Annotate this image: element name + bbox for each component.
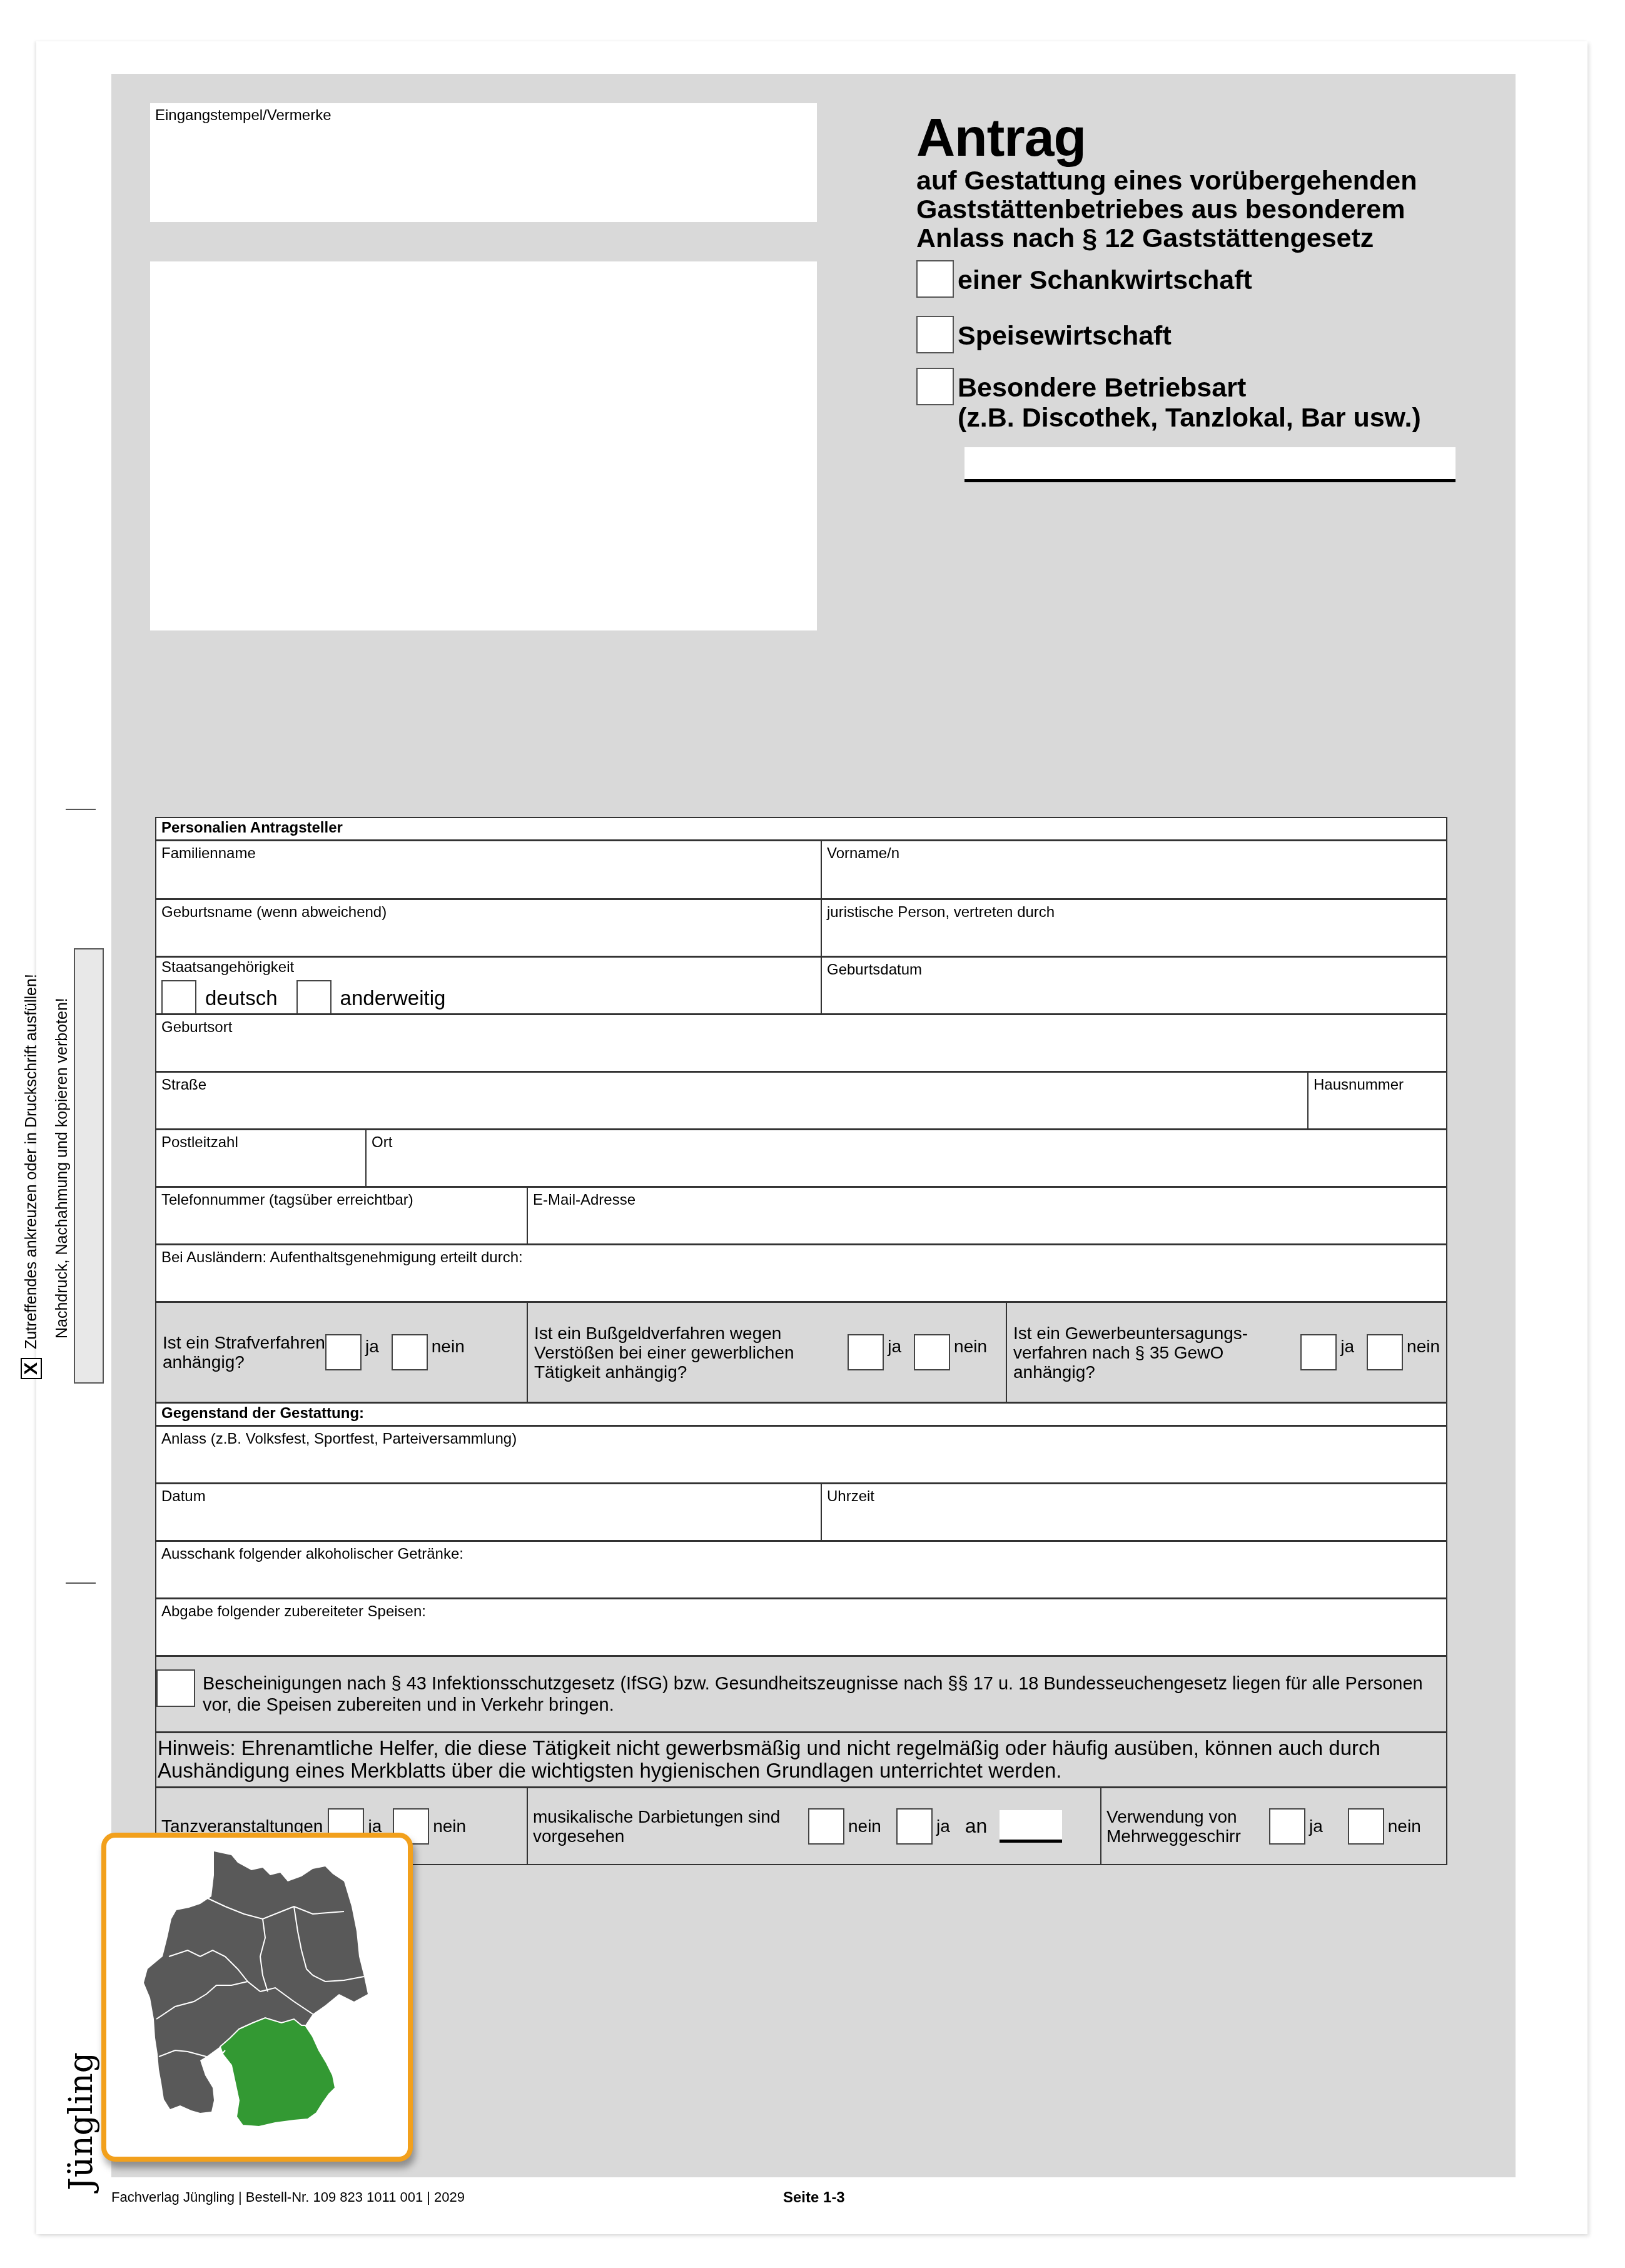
field-label: Staatsangehörigkeit: [161, 959, 294, 976]
field-label: Ort: [372, 1134, 392, 1151]
checkbox-bescheinigung[interactable]: [156, 1669, 195, 1707]
ort-field[interactable]: Ort: [365, 1130, 1446, 1186]
subtitle-line: auf Gestattung eines vorübergehenden: [916, 166, 1479, 195]
option-label: nein: [954, 1337, 987, 1356]
field-label: Postleitzahl: [161, 1134, 238, 1151]
option-label: anderweitig: [340, 986, 446, 1010]
option-label: Besondere Betriebsart (z.B. Discothek, T…: [958, 373, 1421, 433]
form-row: Geburtsname (wenn abweichend) juristisch…: [156, 898, 1446, 956]
email-field[interactable]: E-Mail-Adresse: [527, 1188, 1446, 1243]
instruction-text: Zutreffendes ankreuzen oder in Druckschr…: [23, 974, 41, 1349]
checkbox-musik-nein[interactable]: [808, 1808, 844, 1845]
map-bayern: [220, 2018, 335, 2127]
option-label: nein: [1388, 1816, 1421, 1836]
form-row: Datum Uhrzeit: [156, 1482, 1446, 1540]
questions-row: Ist ein Strafverfahren anhängig? ja nein…: [156, 1301, 1446, 1402]
checkbox-strafverfahren-nein[interactable]: [392, 1334, 428, 1370]
title-block: Antrag auf Gestattung eines vorübergehen…: [916, 113, 1479, 253]
instruction-content: X Zutreffendes ankreuzen oder in Drucksc…: [21, 974, 42, 1379]
field-label: Abgabe folgender zubereiteter Speisen:: [161, 1603, 426, 1620]
field-label: Uhrzeit: [827, 1488, 874, 1505]
checkbox-musik-ja[interactable]: [896, 1808, 933, 1845]
field-label: Geburtsort: [161, 1019, 232, 1036]
option-label: ja: [888, 1337, 901, 1356]
option-label: nein: [433, 1816, 466, 1836]
uhrzeit-field[interactable]: Uhrzeit: [821, 1484, 1446, 1540]
option-label: einer Schankwirtschaft: [958, 265, 1252, 295]
subtitle-line: Anlass nach § 12 Gaststättengesetz: [916, 224, 1479, 253]
speisen-field[interactable]: Abgabe folgender zubereiteter Speisen:: [156, 1599, 1446, 1655]
stamp-field[interactable]: Eingangstempel/Vermerke: [150, 103, 817, 222]
aufenthaltsgenehmigung-field[interactable]: Bei Ausländern: Aufenthaltsgenehmigung e…: [156, 1245, 1446, 1301]
hausnummer-field[interactable]: Hausnummer: [1307, 1073, 1446, 1128]
form-row: Postleitzahl Ort: [156, 1128, 1446, 1186]
form-row: Abgabe folgender zubereiteter Speisen:: [156, 1597, 1446, 1655]
checkbox-speisewirtschaft[interactable]: [916, 316, 954, 353]
form-row: Ausschank folgender alkoholischer Geträn…: [156, 1540, 1446, 1597]
publisher-logo: Jüngling: [63, 2052, 100, 2190]
option-label-line2: (z.B. Discothek, Tanzlokal, Bar usw.): [958, 403, 1421, 433]
option-label: ja: [1309, 1816, 1323, 1836]
question-text: Verwendung von Mehrweggeschirr: [1106, 1807, 1269, 1846]
postleitzahl-field[interactable]: Postleitzahl: [156, 1130, 365, 1186]
field-label: Straße: [161, 1076, 206, 1093]
checkbox-anderweitig[interactable]: [296, 980, 332, 1016]
question-text: Ist ein Gewerbeuntersagungs-verfahren na…: [1013, 1324, 1300, 1382]
option-label-line1: Besondere Betriebsart: [958, 373, 1421, 403]
stamp-label: Eingangstempel/Vermerke: [155, 107, 331, 124]
checkbox-deutsch[interactable]: [161, 980, 196, 1016]
option-label: ja: [1340, 1337, 1354, 1356]
option-schankwirtschaft[interactable]: einer Schankwirtschaft: [916, 260, 1252, 298]
field-label: Hausnummer: [1314, 1076, 1404, 1093]
geburtsort-field[interactable]: Geburtsort: [156, 1015, 1446, 1071]
field-label: Ausschank folgender alkoholischer Geträn…: [161, 1546, 463, 1562]
question-gewerbeuntersagung: Ist ein Gewerbeuntersagungs-verfahren na…: [1006, 1303, 1446, 1402]
question-bussgeldverfahren: Ist ein Bußgeldverfahren wegen Verstößen…: [527, 1303, 1006, 1402]
form-row: Staatsangehörigkeit deutsch anderweitig …: [156, 956, 1446, 1013]
germany-map-badge: [101, 1833, 413, 2162]
page-title: Antrag: [916, 113, 1479, 163]
checkbox-mehrweg-nein[interactable]: [1348, 1808, 1384, 1845]
option-label: Speisewirtschaft: [958, 321, 1172, 351]
betriebsart-input[interactable]: [964, 447, 1455, 482]
application-form: Personalien Antragsteller Familienname V…: [155, 817, 1447, 1865]
checkbox-gewerbeuntersagung-nein[interactable]: [1367, 1334, 1403, 1370]
field-label: Anlass (z.B. Volksfest, Sportfest, Parte…: [161, 1430, 517, 1447]
geburtsdatum-field[interactable]: Geburtsdatum: [821, 958, 1446, 1013]
option-label: deutsch: [205, 986, 278, 1010]
option-besondere-betriebsart[interactable]: Besondere Betriebsart (z.B. Discothek, T…: [916, 368, 1421, 433]
option-label: an: [965, 1816, 988, 1836]
form-row: Geburtsort: [156, 1013, 1446, 1071]
address-field[interactable]: [150, 261, 817, 630]
section-title: Gegenstand der Gestattung:: [156, 1404, 1446, 1425]
form-row: Bei Ausländern: Aufenthaltsgenehmigung e…: [156, 1243, 1446, 1301]
juristische-person-field[interactable]: juristische Person, vertreten durch: [821, 900, 1446, 956]
field-label: Vorname/n: [827, 845, 899, 862]
option-label: nein: [1407, 1337, 1440, 1356]
staatsangehoerigkeit-options: deutsch anderweitig: [161, 980, 816, 1016]
form-row: Telefonnummer (tagsüber erreichtbar) E-M…: [156, 1186, 1446, 1243]
answer-options: ja nein: [325, 1334, 477, 1370]
option-label: ja: [365, 1337, 379, 1356]
field-label: Bei Ausländern: Aufenthaltsgenehmigung e…: [161, 1249, 523, 1266]
subtitle-line: Gaststättenbetriebes aus besonderem: [916, 195, 1479, 224]
getraenke-field[interactable]: Ausschank folgender alkoholischer Geträn…: [156, 1542, 1446, 1597]
field-label: Familienname: [161, 845, 256, 862]
copyright-note: Nachdruck, Nachahmung und kopieren verbo…: [53, 998, 71, 1339]
question-text: musikalische Darbietungen sind vorgesehe…: [533, 1807, 808, 1846]
page-subtitle: auf Gestattung eines vorübergehenden Gas…: [916, 166, 1479, 253]
question-strafverfahren: Ist ein Strafverfahren anhängig? ja nein: [156, 1303, 527, 1402]
footer-publisher: Fachverlag Jüngling | Bestell-Nr. 109 82…: [111, 2189, 465, 2205]
field-label: juristische Person, vertreten durch: [827, 904, 1055, 921]
field-label: Geburtsname (wenn abweichend): [161, 904, 387, 921]
staatsangehoerigkeit-field: Staatsangehörigkeit deutsch anderweitig: [156, 958, 821, 1013]
instruction-box: [74, 948, 104, 1384]
option-speisewirtschaft[interactable]: Speisewirtschaft: [916, 316, 1172, 353]
section-header-gestattung: Gegenstand der Gestattung:: [156, 1402, 1446, 1425]
fold-mark: [66, 809, 96, 810]
option-label: ja: [936, 1816, 950, 1836]
section-header-personalien: Personalien Antragsteller: [156, 818, 1446, 839]
page-number: Seite 1-3: [783, 2189, 845, 2207]
bescheinigung-row: Bescheinigungen nach § 43 Infektionsschu…: [156, 1655, 1446, 1731]
form-row: Familienname Vorname/n: [156, 839, 1446, 898]
form-row: Anlass (z.B. Volksfest, Sportfest, Parte…: [156, 1425, 1446, 1482]
option-label: nein: [432, 1337, 465, 1356]
musik-cell: musikalische Darbietungen sind vorgesehe…: [527, 1788, 1100, 1864]
geburtsname-field[interactable]: Geburtsname (wenn abweichend): [156, 900, 821, 956]
form-row: Straße Hausnummer: [156, 1071, 1446, 1128]
vorname-field[interactable]: Vorname/n: [821, 841, 1446, 898]
checkbox-bussgeld-nein[interactable]: [914, 1334, 950, 1370]
answer-options: ja nein: [1300, 1334, 1440, 1370]
anlass-field[interactable]: Anlass (z.B. Volksfest, Sportfest, Parte…: [156, 1427, 1446, 1482]
checkbox-bussgeld-ja[interactable]: [848, 1334, 884, 1370]
datum-field[interactable]: Datum: [156, 1484, 821, 1540]
familienname-field[interactable]: Familienname: [156, 841, 821, 898]
germany-map-icon: [106, 1838, 408, 2157]
strasse-field[interactable]: Straße: [156, 1073, 1307, 1128]
checkbox-schankwirtschaft[interactable]: [916, 260, 954, 298]
field-label: Geburtsdatum: [827, 961, 922, 978]
fold-mark: [66, 1582, 96, 1584]
question-text: Ist ein Bußgeldverfahren wegen Verstößen…: [534, 1324, 848, 1382]
mehrweg-cell: Verwendung von Mehrweggeschirr ja nein: [1100, 1788, 1446, 1864]
bescheinigung-text: Bescheinigungen nach § 43 Infektionsschu…: [203, 1673, 1446, 1716]
cross-mark-icon: X: [21, 1358, 42, 1379]
field-label: Datum: [161, 1488, 206, 1505]
checkbox-besondere-betriebsart[interactable]: [916, 368, 954, 405]
telefon-field[interactable]: Telefonnummer (tagsüber erreichtbar): [156, 1188, 527, 1243]
hinweis-text: Hinweis: Ehrenamtliche Helfer, die diese…: [158, 1737, 1445, 1783]
answer-options: ja nein: [848, 1334, 1000, 1370]
checkbox-gewerbeuntersagung-ja[interactable]: [1300, 1334, 1337, 1370]
field-label: E-Mail-Adresse: [533, 1192, 635, 1208]
section-title: Personalien Antragsteller: [156, 818, 1446, 839]
checkbox-strafverfahren-ja[interactable]: [325, 1334, 362, 1370]
question-text: Ist ein Strafverfahren anhängig?: [163, 1333, 325, 1372]
option-label: nein: [848, 1816, 881, 1836]
hinweis-row: Hinweis: Ehrenamtliche Helfer, die diese…: [156, 1731, 1446, 1786]
checkbox-mehrweg-ja[interactable]: [1269, 1808, 1305, 1845]
field-label: Telefonnummer (tagsüber erreichtbar): [161, 1192, 413, 1208]
musik-an-input[interactable]: [1000, 1810, 1062, 1843]
